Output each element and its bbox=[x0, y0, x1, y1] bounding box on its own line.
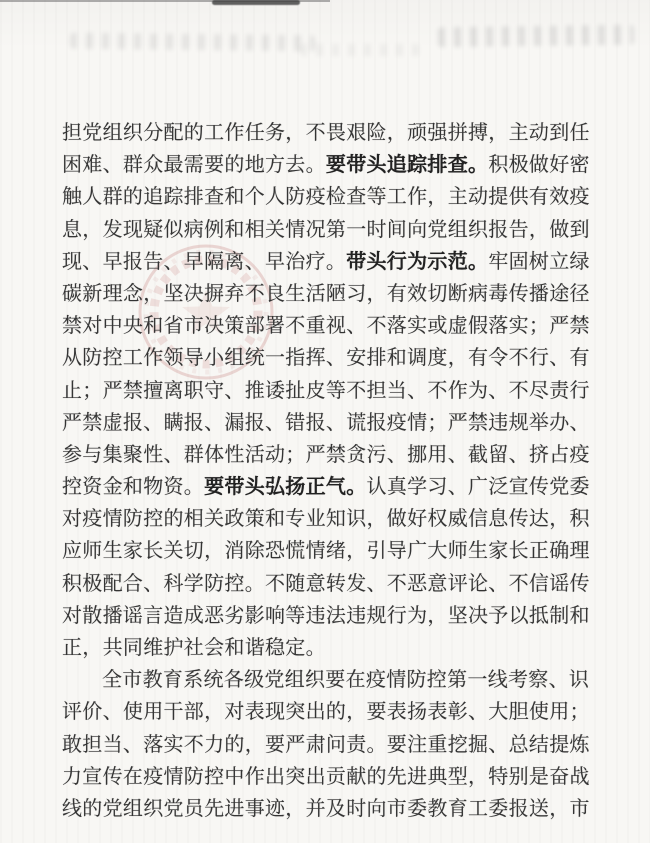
text-line: 严禁虚报、瞒报、漏报、错报、谎报疫情；严禁违规举办、组织、 bbox=[62, 407, 590, 439]
body-text: 触人群的追踪排查和个人防疫检查等工作，主动提供有效疫情信 bbox=[62, 186, 590, 208]
ghost-bleedthrough-text-left bbox=[70, 33, 315, 52]
body-text: 评价、使用干部，对表现突出的，要表扬表彰、大胆使用；对不 bbox=[62, 701, 590, 723]
ghost-bleedthrough-text-right bbox=[438, 25, 634, 48]
document-lines: 担党组织分配的工作任务，不畏艰险，顽强拼搏，主动到任务最困难、群众最需要的地方去… bbox=[62, 117, 590, 825]
body-text: 积极做好密切接 bbox=[488, 154, 590, 176]
body-text: 息，发现疑似病例和相关情况第一时间向党组织报告，做到早发 bbox=[62, 219, 590, 241]
text-line: 控资金和物资。要带头弘扬正气。认真学习、广泛宣传党委政府 bbox=[62, 471, 590, 503]
body-text: 控资金和物资。 bbox=[62, 476, 204, 498]
body-text: 从防控工作领导小组统一指挥、安排和调度，有令不行、有禁不 bbox=[62, 347, 590, 369]
ghost-bleedthrough-text-center bbox=[300, 44, 420, 56]
text-line: 止；严禁擅离职守、推诿扯皮等不担当、不作为、不尽责行为； bbox=[62, 375, 590, 407]
emphasis-text: 要带头弘扬正气。 bbox=[204, 476, 366, 498]
text-line: 全市教育系统各级党组织要在疫情防控第一线考察、识别、 bbox=[62, 664, 590, 696]
body-text: 全市教育系统各级党组织要在疫情防控第一线考察、识别、 bbox=[102, 669, 590, 691]
body-text: 敢担当、落实不力的，要严肃问责。要注重挖掘、总结提炼、大 bbox=[62, 734, 590, 756]
text-line: 积极配合、科学防控。不随意转发、不恶意评论、不信谣传谣， bbox=[62, 568, 590, 600]
text-line: 对疫情防控的相关政策和专业知识，做好权威信息传达，积极回 bbox=[62, 503, 590, 535]
body-text: 正，共同维护社会和谐稳定。 bbox=[62, 637, 326, 659]
body-text: 线的党组织党员先进事迹，并及时向市委教育工委报送，市委教 bbox=[62, 798, 590, 820]
text-line: 困难、群众最需要的地方去。要带头追踪排查。积极做好密切接 bbox=[62, 149, 590, 181]
text-line: 评价、使用干部，对表现突出的，要表扬表彰、大胆使用；对不 bbox=[62, 696, 590, 728]
text-line: 应师生家长关切，消除恐慌情绪，引导广大师生家长正确理解、 bbox=[62, 535, 590, 567]
scanned-document-page: 担党组织分配的工作任务，不畏艰险，顽强拼搏，主动到任务最困难、群众最需要的地方去… bbox=[0, 0, 650, 843]
body-text: 应师生家长关切，消除恐慌情绪，引导广大师生家长正确理解、 bbox=[62, 540, 590, 562]
body-text: 现、早报告、早隔离、早治疗。 bbox=[62, 251, 346, 273]
text-line: 碳新理念，坚决摒弃不良生活陋习，有效切断病毒传播途径。严 bbox=[62, 278, 590, 310]
body-text: 禁对中央和省市决策部署不重视、不落实或虚假落实；严禁不服 bbox=[62, 315, 590, 337]
text-line: 参与集聚性、群体性活动；严禁贪污、挪用、截留、挤占疫情防 bbox=[62, 439, 590, 471]
scan-artifact-top-smudge bbox=[212, 0, 300, 5]
body-text: 严禁虚报、瞒报、漏报、错报、谎报疫情；严禁违规举办、组织、 bbox=[62, 412, 590, 434]
body-text: 困难、群众最需要的地方去。 bbox=[62, 154, 326, 176]
text-line: 触人群的追踪排查和个人防疫检查等工作，主动提供有效疫情信 bbox=[62, 181, 590, 213]
body-text: 止；严禁擅离职守、推诿扯皮等不担当、不作为、不尽责行为； bbox=[62, 380, 590, 402]
text-line: 现、早报告、早隔离、早治疗。带头行为示范。牢固树立绿色低 bbox=[62, 246, 590, 278]
text-line: 息，发现疑似病例和相关情况第一时间向党组织报告，做到早发 bbox=[62, 214, 590, 246]
text-line: 正，共同维护社会和谐稳定。 bbox=[62, 632, 590, 664]
body-text: 积极配合、科学防控。不随意转发、不恶意评论、不信谣传谣， bbox=[62, 573, 590, 595]
emphasis-text: 要带头追踪排查。 bbox=[326, 154, 488, 176]
text-line: 敢担当、落实不力的，要严肃问责。要注重挖掘、总结提炼、大 bbox=[62, 729, 590, 761]
text-line: 从防控工作领导小组统一指挥、安排和调度，有令不行、有禁不 bbox=[62, 342, 590, 374]
emphasis-text: 带头行为示范。 bbox=[346, 251, 488, 273]
body-text: 牢固树立绿色低 bbox=[488, 251, 590, 273]
body-text: 对疫情防控的相关政策和专业知识，做好权威信息传达，积极回 bbox=[62, 508, 590, 530]
body-text: 力宣传在疫情防控中作出突出贡献的先进典型，特别是奋战在一 bbox=[62, 766, 590, 788]
body-text: 对散播谣言造成恶劣影响等违法违规行为，坚决予以抵制和纠 bbox=[62, 605, 590, 627]
text-line: 线的党组织党员先进事迹，并及时向市委教育工委报送，市委教 bbox=[62, 793, 590, 825]
document-body: 担党组织分配的工作任务，不畏艰险，顽强拼搏，主动到任务最困难、群众最需要的地方去… bbox=[62, 117, 590, 825]
text-line: 禁对中央和省市决策部署不重视、不落实或虚假落实；严禁不服 bbox=[62, 310, 590, 342]
body-text: 认真学习、广泛宣传党委政府 bbox=[367, 476, 590, 498]
text-line: 力宣传在疫情防控中作出突出贡献的先进典型，特别是奋战在一 bbox=[62, 761, 590, 793]
text-line: 对散播谣言造成恶劣影响等违法违规行为，坚决予以抵制和纠 bbox=[62, 600, 590, 632]
body-text: 参与集聚性、群体性活动；严禁贪污、挪用、截留、挤占疫情防 bbox=[62, 444, 590, 466]
body-text: 碳新理念，坚决摒弃不良生活陋习，有效切断病毒传播途径。严 bbox=[62, 283, 590, 305]
text-line: 担党组织分配的工作任务，不畏艰险，顽强拼搏，主动到任务最 bbox=[62, 117, 590, 149]
body-text: 担党组织分配的工作任务，不畏艰险，顽强拼搏，主动到任务最 bbox=[62, 122, 590, 144]
